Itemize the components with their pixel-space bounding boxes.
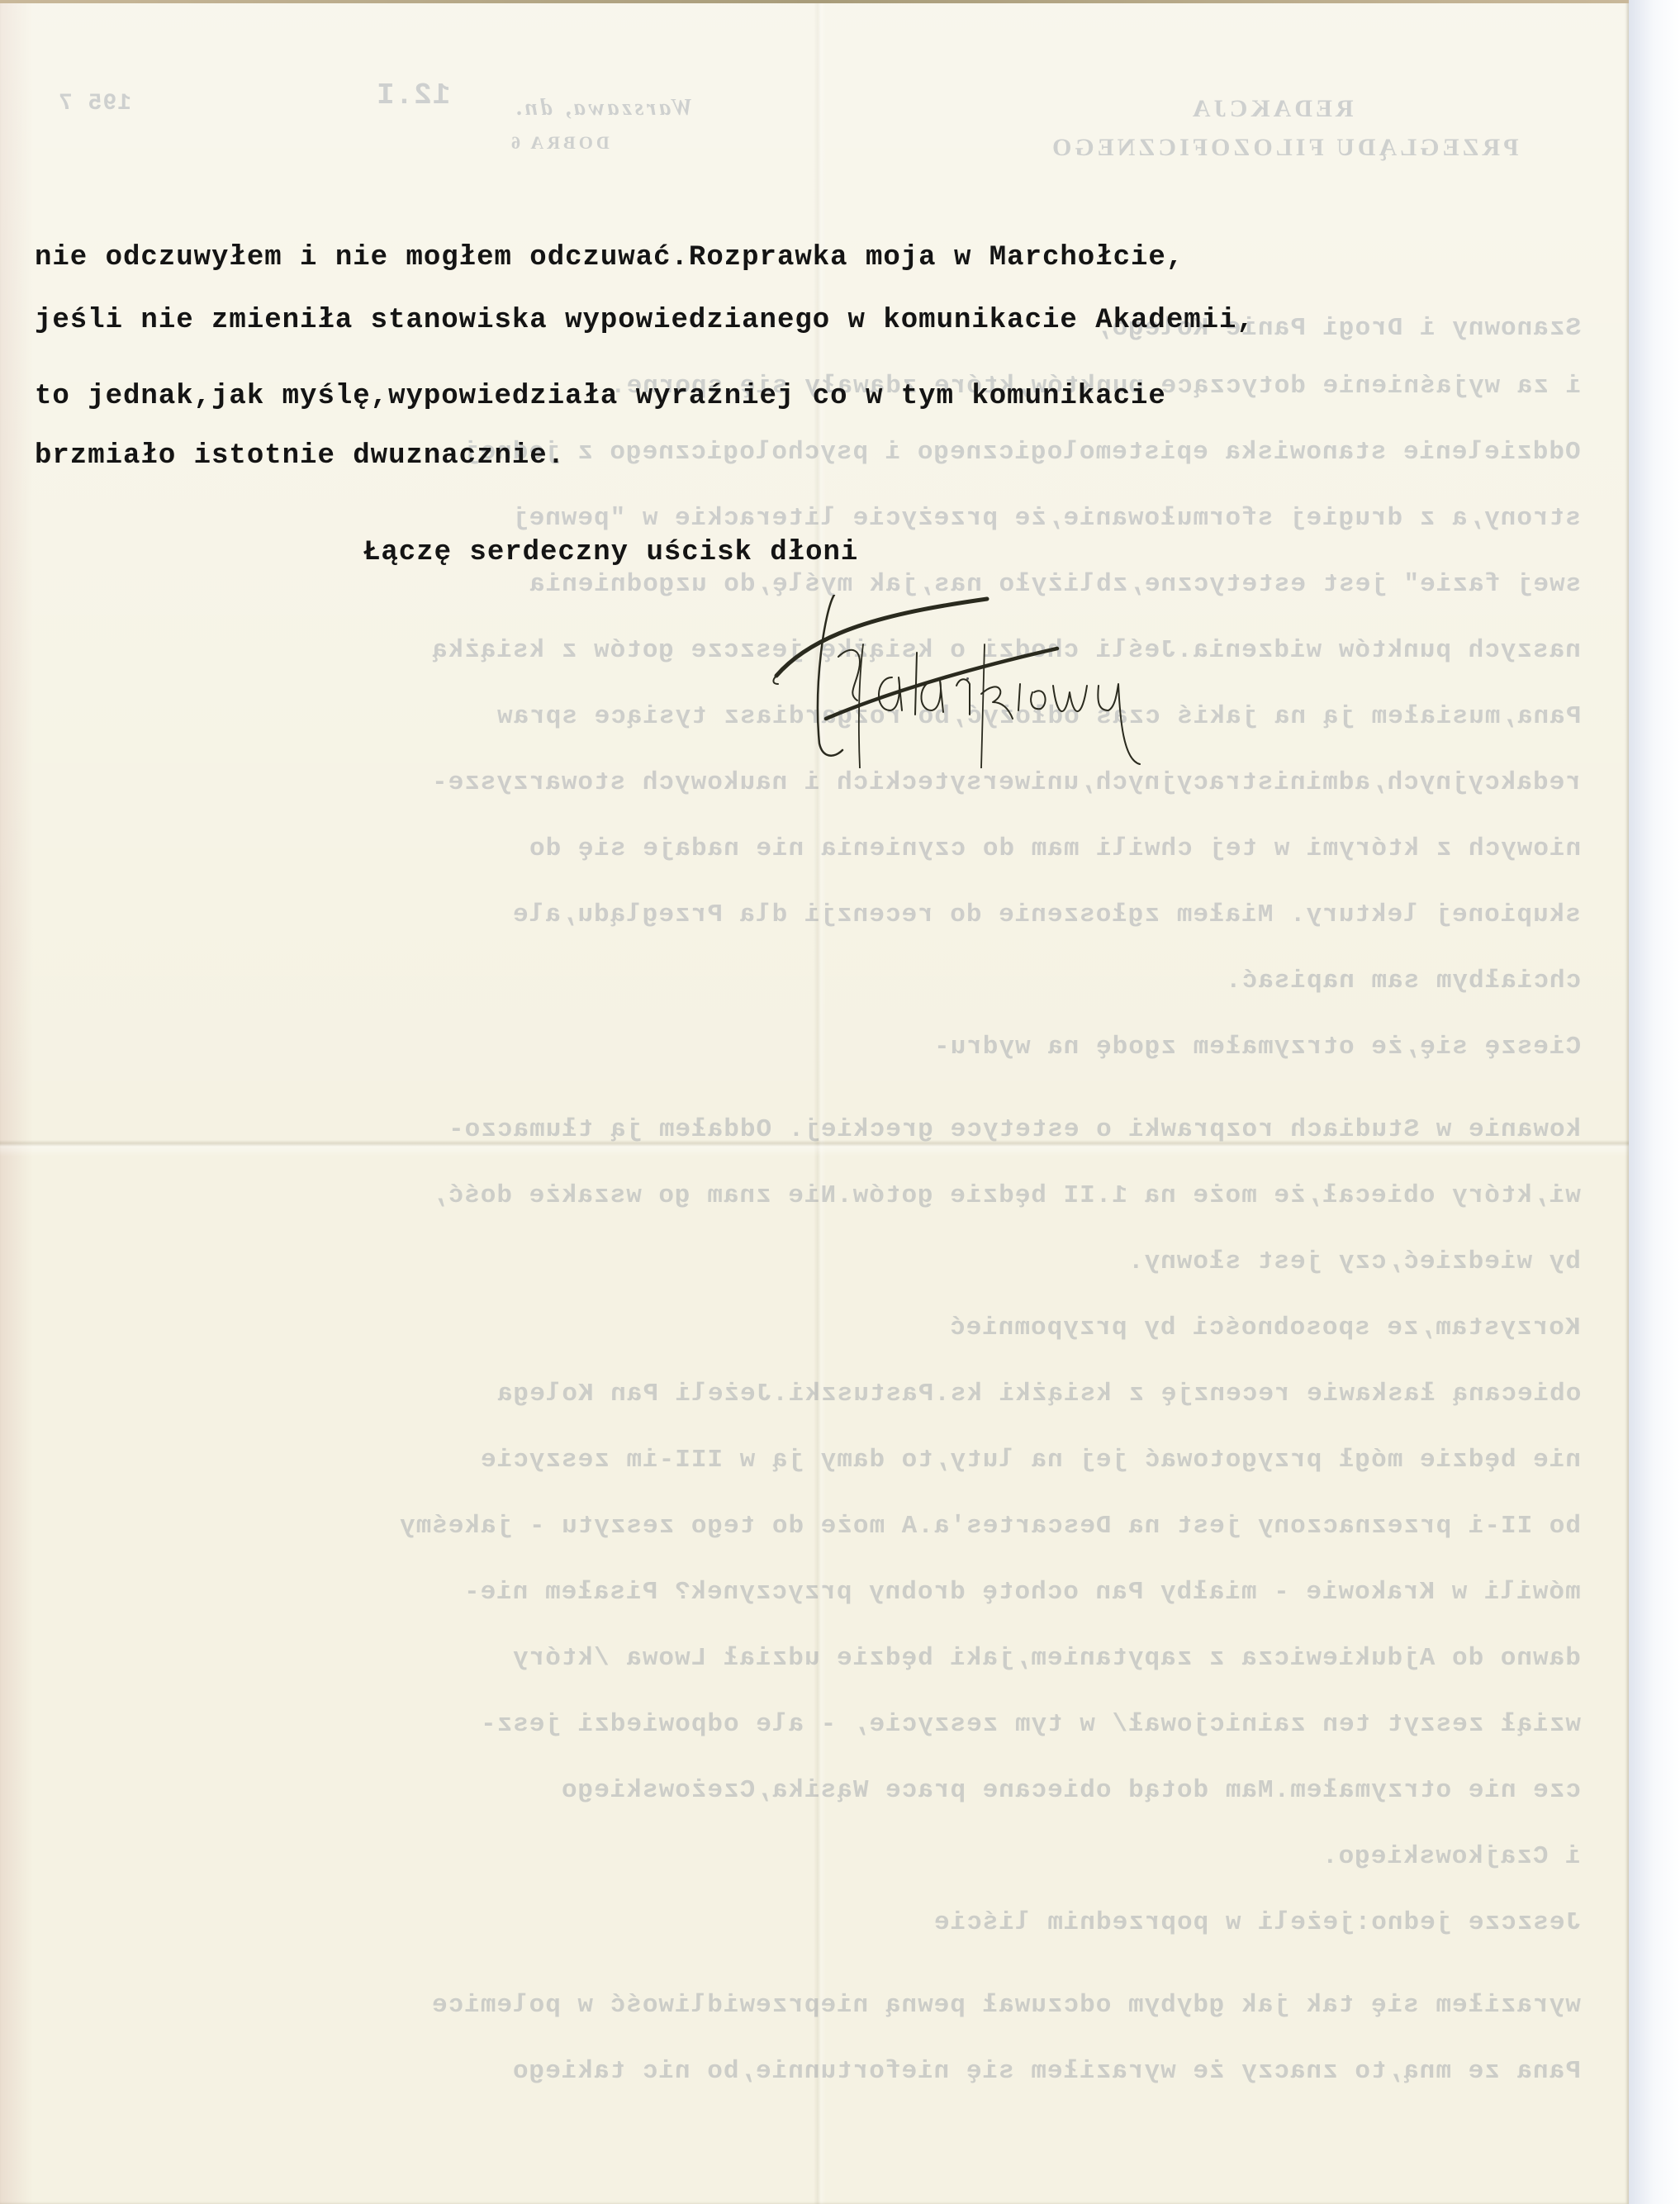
reverse-side-line: cze nie otrzymałem.Mam dotąd obiecane pr… [561, 1776, 1581, 1805]
reverse-side-line: chciałbym sam napisać. [1225, 967, 1581, 995]
letterhead-journal-name: PRZEGLĄDU FILOZOFICZNEGO [1049, 134, 1519, 162]
reverse-side-line: Oddzielenie stanowiska epistemologiczneg… [463, 438, 1581, 467]
reverse-side-line: niowych z którymi w tej chwili mam do cz… [529, 834, 1581, 863]
reverse-side-line: bo II-i przeznaczony jest na Descartes'a… [399, 1512, 1581, 1541]
scan-background-strip [1629, 0, 1680, 2204]
reverse-side-line: by wiedzieć,czy jest słowny. [1127, 1247, 1581, 1276]
reverse-side-line: mówili w Krakowie - miałby Pan ochotę dr… [463, 1578, 1581, 1607]
letterhead-street: DOBRA 6 [508, 132, 610, 154]
reverse-side-line: nie będzie mógł przygotować jej na luty,… [480, 1446, 1581, 1475]
reverse-side-line: wziął zeszyt ten zainicjował/ w tym zesz… [480, 1710, 1581, 1739]
letterhead-redakcja: REDAKCJA [1189, 95, 1354, 123]
reverse-side-line: skupionej lektury. Miałem zgłoszenie do … [512, 900, 1581, 929]
body-line-3: to jednak,jak myślę,wypowiedziała wyraźn… [35, 381, 1166, 412]
signature-dot [966, 677, 969, 680]
reverse-side-line: kowanie w Studiach rozprawki o estetyce … [448, 1115, 1581, 1144]
reverse-side-line: Jeszcze jedno:jeżeli w poprzednim liście [933, 1908, 1581, 1937]
body-line-1: nie odczuwyłem i nie mogłem odczuwać.Roz… [35, 242, 1184, 273]
reverse-side-line: Cieszę się,że otrzymałem zgodę na wydru- [933, 1033, 1581, 1062]
reverse-side-line: dawno do Ajdukiewicza z zapytaniem,jaki … [512, 1644, 1581, 1673]
letter-year: 195 7 [58, 91, 131, 116]
reverse-side-line: i Czajkowskiego. [1322, 1842, 1581, 1871]
paper-top-edge [0, 0, 1629, 3]
letter-date: 12.I [376, 78, 450, 112]
reverse-side-line: Pana ze mną,to znaczy że wyraziłem się n… [512, 2057, 1581, 2086]
reverse-side-line: wi,który obiecał,że może na 1.II będzie … [431, 1181, 1581, 1210]
reverse-side-line: Korzystam,ze sposobności by przypomnieć [949, 1313, 1581, 1342]
reverse-side-line: redakcyjnych,administracyjnych,uniwersyt… [431, 768, 1581, 797]
letterhead-city: Warszawa, dn. [512, 95, 693, 121]
body-line-2: jeśli nie zmieniła stanowiska wypowiedzi… [35, 305, 1255, 336]
handwritten-signature [768, 595, 1231, 768]
closing-line: Łączę serdeczny uścisk dłoni [363, 537, 858, 568]
reverse-side-line: wyraziłem się tak jak gdybym odczuwał pe… [431, 1991, 1581, 2020]
reverse-side-line: obiecaną łaskawie recenzję z książki ks.… [496, 1380, 1581, 1408]
body-line-4: brzmiało istotnie dwuznacznie. [35, 440, 565, 472]
reverse-side-line: strony,a z drugiej sformułowanie,że prze… [512, 504, 1581, 533]
